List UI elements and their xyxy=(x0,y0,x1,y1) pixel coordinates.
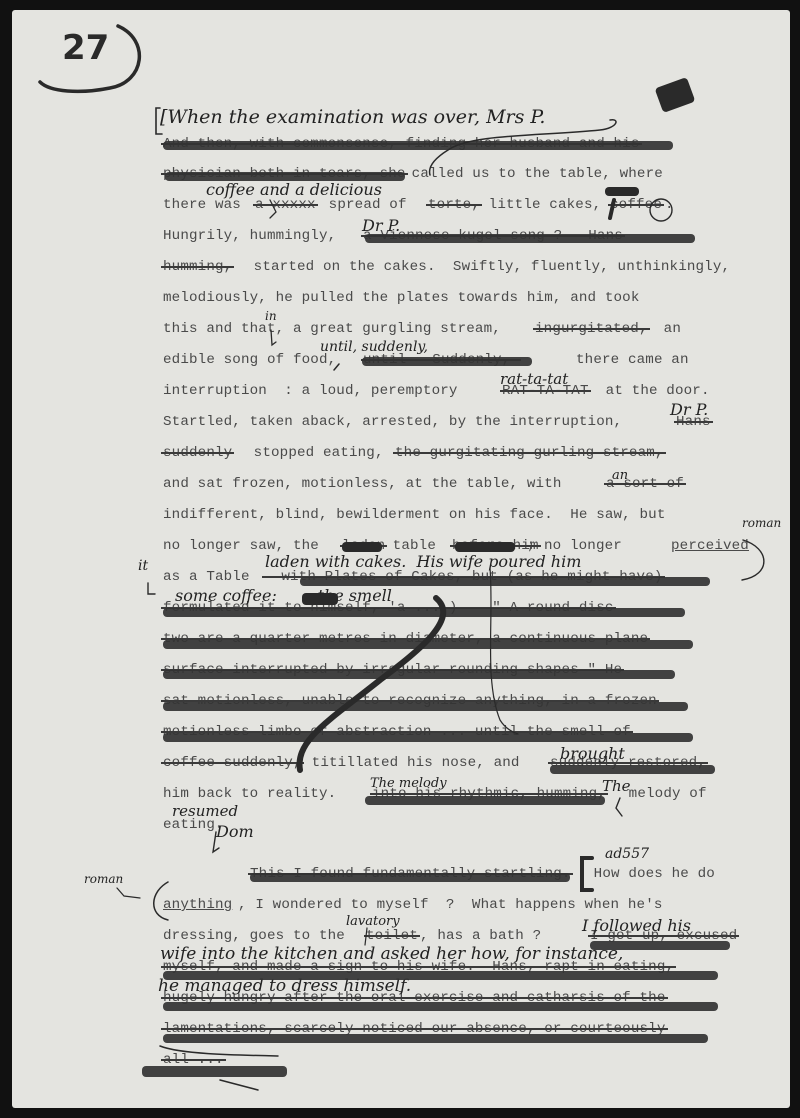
typed-text: How does he do xyxy=(585,866,715,882)
typed-text: started on the cakes. Swiftly, fluently,… xyxy=(245,259,730,275)
marker-strike xyxy=(163,608,685,617)
ink-blot xyxy=(605,187,639,196)
marker-strike xyxy=(142,1066,287,1077)
typed-text: called us to the table, where xyxy=(403,166,663,182)
struck-typed-text: ingurgitated, xyxy=(535,321,648,337)
annotation-coffee-delicious: coffee and a delicious xyxy=(206,180,382,199)
typed-text: dressing, goes to the xyxy=(163,928,354,944)
typed-text: interruption : a loud, peremptory xyxy=(163,383,475,399)
marker-strike xyxy=(163,1002,718,1011)
marker-strike xyxy=(163,141,673,150)
typed-text: and sat frozen, motionless, at the table… xyxy=(163,476,570,492)
typed-text: stopped eating, xyxy=(245,445,392,461)
marker-strike xyxy=(362,357,532,366)
annotation-ad557: ad557 xyxy=(605,846,649,862)
marker-strike xyxy=(163,1034,708,1043)
typed-text: Hungrily, hummingly, xyxy=(163,228,345,244)
annotation-brought: brought xyxy=(560,744,625,763)
typed-text: , I wondered to myself ? What happens wh… xyxy=(238,897,663,913)
annotation-it: it xyxy=(138,558,148,574)
marker-strike xyxy=(590,941,730,950)
annotation-dr-p-2: Dr P. xyxy=(670,400,708,419)
typed-text: perceived xyxy=(671,538,749,554)
typed-text: an xyxy=(655,321,681,337)
annotation-some-coffee: some coffee: the smell xyxy=(175,586,392,605)
marker-strike xyxy=(165,172,405,181)
struck-typed-text: torte, xyxy=(428,197,480,213)
typed-text: melodiously, he pulled the plates toward… xyxy=(163,290,640,306)
typed-text: titillated his nose, and xyxy=(303,755,528,771)
annotation-lavatory: lavatory xyxy=(346,914,400,929)
typed-text: anything xyxy=(163,897,232,913)
marker-strike xyxy=(365,234,695,243)
annotation-in: in xyxy=(265,309,277,323)
typed-text: at the door. xyxy=(597,383,710,399)
annotation-wife-kitchen: wife into the kitchen and asked her how,… xyxy=(160,944,623,964)
struck-typed-text: coffee suddenly, xyxy=(163,755,302,771)
typed-text: little cakes, xyxy=(480,197,610,213)
header-insert: [When the examination was over, Mrs P. xyxy=(160,106,545,128)
typed-text: melody of xyxy=(620,786,707,802)
typed-text: as a Table xyxy=(163,569,250,585)
ink-blot xyxy=(342,542,382,552)
typed-text: there was xyxy=(163,197,250,213)
marker-strike xyxy=(250,873,570,882)
marker-strike xyxy=(300,577,710,586)
annotation-resumed: resumed xyxy=(172,802,238,820)
typed-text: this and that, a great gurgling stream, xyxy=(163,321,510,337)
struck-typed-text: humming, xyxy=(163,259,232,275)
annotation-roman-1: roman xyxy=(742,516,781,530)
struck-typed-text: the gurgitating gurling stream, xyxy=(395,445,664,461)
ink-blot xyxy=(302,593,338,605)
typed-text: there came an xyxy=(576,352,689,368)
marker-strike xyxy=(163,670,675,679)
typed-text: edible song of food, xyxy=(163,352,345,368)
marker-strike xyxy=(163,640,693,649)
marker-strike xyxy=(163,733,693,742)
annotation-dom: Dom xyxy=(216,822,254,841)
typed-text: Startled, taken aback, arrested, by the … xyxy=(163,414,631,430)
marker-strike xyxy=(163,971,718,980)
marker-strike xyxy=(365,796,605,805)
annotation-dr-p: Dr P. xyxy=(362,216,400,235)
marker-strike xyxy=(550,765,715,774)
annotation-until-suddenly: until, suddenly, xyxy=(320,339,428,355)
typed-text: him back to reality. xyxy=(163,786,345,802)
ink-blot xyxy=(455,542,515,552)
struck-typed-text: a xxxxx xyxy=(255,197,316,213)
annotation-the: The xyxy=(602,777,631,795)
typed-text: , has a bath ? xyxy=(420,928,559,944)
annotation-rat-ta-tat: rat-ta-tat xyxy=(500,370,568,388)
marker-strike xyxy=(163,702,688,711)
typed-text: indifferent, blind, bewilderment on his … xyxy=(163,507,666,523)
typed-text: spread of xyxy=(320,197,415,213)
annotation-roman-2: roman xyxy=(84,872,123,886)
annotation-followed-his: I followed his xyxy=(582,916,691,935)
page-number: 27 xyxy=(62,28,109,68)
struck-typed-text: coffee xyxy=(610,197,662,213)
annotation-an: an xyxy=(612,468,628,483)
struck-typed-text: toilet xyxy=(366,928,418,944)
annotation-laden-with-cakes: laden with cakes. His wife poured him xyxy=(265,552,581,571)
struck-typed-text: suddenly xyxy=(163,445,232,461)
typed-text: . xyxy=(665,197,674,213)
annotation-the-melody-struck: The melody xyxy=(370,776,447,791)
